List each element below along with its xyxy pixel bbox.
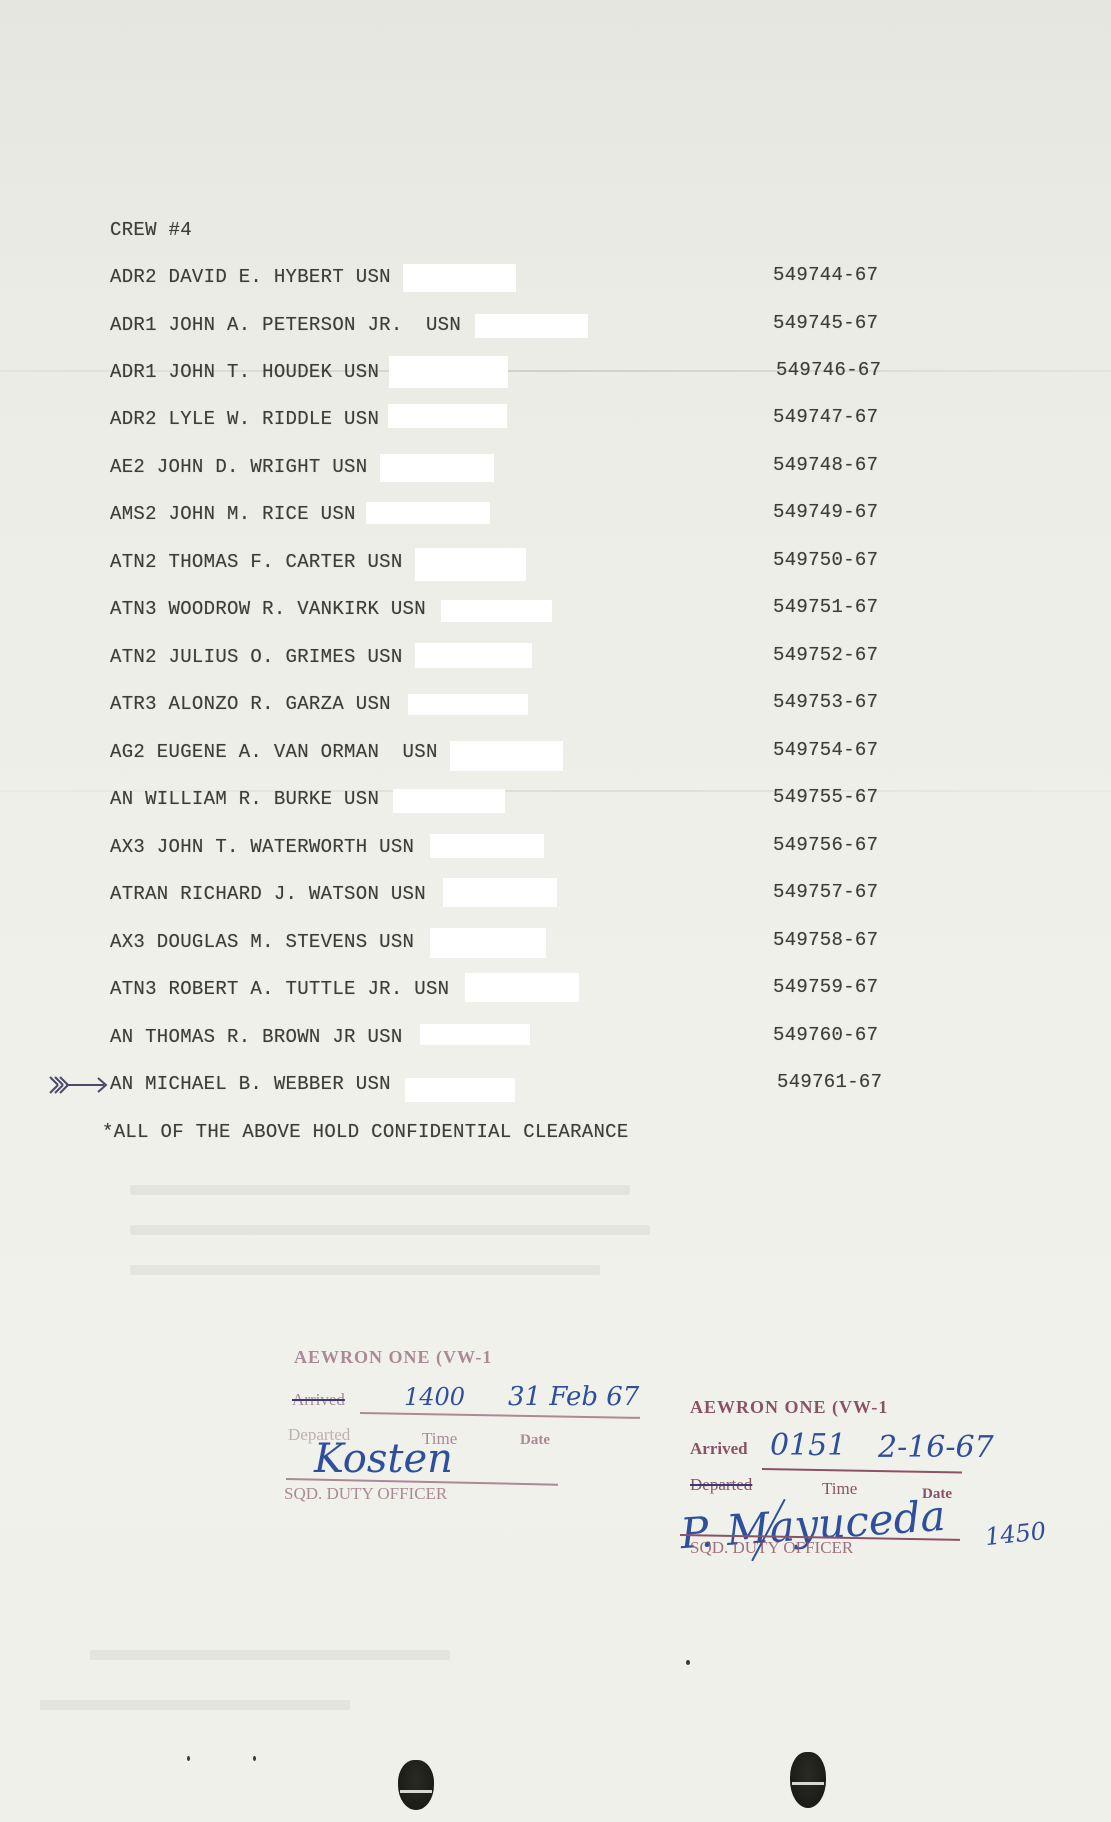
arrow-pointer-icon bbox=[48, 1074, 112, 1096]
signature-annotation: 1450 bbox=[984, 1517, 1048, 1551]
redaction-box bbox=[415, 643, 532, 668]
redaction-box bbox=[388, 404, 507, 428]
duty-officer-signature: Kosten bbox=[314, 1436, 453, 1482]
stamp-arrived-label: Arrived bbox=[292, 1390, 345, 1410]
crew-member-name: ADR2 LYLE W. RIDDLE USN bbox=[110, 408, 379, 430]
crew-member-name: ATR3 ALONZO R. GARZA USN bbox=[110, 693, 391, 715]
crew-member-name: AG2 EUGENE A. VAN ORMAN USN bbox=[110, 741, 438, 763]
service-number: 549760-67 bbox=[773, 1024, 878, 1046]
punch-hole bbox=[398, 1760, 434, 1810]
service-number: 549745-67 bbox=[773, 312, 878, 334]
crew-member-name: ADR1 JOHN A. PETERSON JR. USN bbox=[110, 314, 461, 336]
handwritten-date: 2-16-67 bbox=[878, 1430, 994, 1465]
crew-title: CREW #4 bbox=[110, 219, 192, 241]
crew-member-name: AN THOMAS R. BROWN JR USN bbox=[110, 1026, 403, 1048]
crew-member-name: ADR2 DAVID E. HYBERT USN bbox=[110, 266, 391, 288]
crew-member-name: ATN2 THOMAS F. CARTER USN bbox=[110, 551, 403, 573]
stamp-unit-title: AEWRON ONE (VW-1 bbox=[294, 1347, 492, 1368]
crew-member-name: AMS2 JOHN M. RICE USN bbox=[110, 503, 356, 525]
service-number: 549750-67 bbox=[773, 549, 878, 571]
service-number: 549755-67 bbox=[773, 786, 878, 808]
stamp-time-rule bbox=[762, 1468, 962, 1473]
crew-member-name: AN WILLIAM R. BURKE USN bbox=[110, 788, 379, 810]
service-number: 549761-67 bbox=[777, 1071, 882, 1093]
punch-hole bbox=[790, 1752, 826, 1808]
paper-speck bbox=[187, 1756, 190, 1761]
stamp-unit-title: AEWRON ONE (VW-1 bbox=[690, 1397, 888, 1418]
service-number: 549753-67 bbox=[773, 691, 878, 713]
bleed-through-text bbox=[130, 1185, 630, 1195]
service-number: 549748-67 bbox=[773, 454, 878, 476]
redaction-box bbox=[403, 264, 516, 292]
service-number: 549756-67 bbox=[773, 834, 878, 856]
crew-member-name: ATN3 WOODROW R. VANKIRK USN bbox=[110, 598, 426, 620]
service-number: 549752-67 bbox=[773, 644, 878, 666]
redaction-box bbox=[430, 928, 546, 958]
redaction-box bbox=[366, 502, 490, 524]
service-number: 549749-67 bbox=[773, 501, 878, 523]
service-number: 549751-67 bbox=[773, 596, 878, 618]
crew-member-name: AX3 DOUGLAS M. STEVENS USN bbox=[110, 931, 414, 953]
stamp-officer-label: SQD. DUTY OFFICER bbox=[284, 1484, 447, 1504]
service-number: 549744-67 bbox=[773, 264, 878, 286]
stamp-arrived-label: Arrived bbox=[690, 1439, 748, 1459]
service-number: 549746-67 bbox=[776, 359, 881, 381]
crew-member-name: AX3 JOHN T. WATERWORTH USN bbox=[110, 836, 414, 858]
bleed-through-text bbox=[90, 1650, 450, 1660]
crew-member-name: ADR1 JOHN T. HOUDEK USN bbox=[110, 361, 379, 383]
service-number: 549747-67 bbox=[773, 406, 878, 428]
bleed-through-text bbox=[130, 1265, 600, 1275]
redaction-box bbox=[405, 1078, 515, 1102]
redaction-box bbox=[441, 600, 552, 622]
bleed-through-text bbox=[40, 1700, 350, 1710]
service-number: 549757-67 bbox=[773, 881, 878, 903]
bleed-through-text bbox=[130, 1225, 650, 1235]
handwritten-time: 0151 bbox=[770, 1428, 846, 1463]
paper-speck bbox=[686, 1660, 690, 1665]
paper-speck bbox=[253, 1756, 256, 1761]
crew-member-name: ATRAN RICHARD J. WATSON USN bbox=[110, 883, 426, 905]
redaction-box bbox=[475, 314, 588, 338]
handwritten-time: 1400 bbox=[404, 1383, 465, 1411]
redaction-box bbox=[389, 356, 508, 388]
handwritten-date: 31 Feb 67 bbox=[508, 1382, 639, 1412]
redaction-box bbox=[408, 694, 528, 715]
crew-member-name: AN MICHAEL B. WEBBER USN bbox=[110, 1073, 391, 1095]
crew-member-name: ATN2 JULIUS O. GRIMES USN bbox=[110, 646, 403, 668]
redaction-box bbox=[443, 878, 557, 907]
stamp-time-rule bbox=[360, 1412, 640, 1419]
crew-member-name: ATN3 ROBERT A. TUTTLE JR. USN bbox=[110, 978, 449, 1000]
redaction-box bbox=[380, 454, 494, 482]
crew-member-name: AE2 JOHN D. WRIGHT USN bbox=[110, 456, 367, 478]
service-number: 549754-67 bbox=[773, 739, 878, 761]
redaction-box bbox=[465, 973, 579, 1002]
redaction-box bbox=[415, 548, 526, 581]
redaction-box bbox=[420, 1024, 530, 1045]
stamp-officer-label: SQD. DUTY OFFICER bbox=[690, 1538, 853, 1558]
service-number: 549758-67 bbox=[773, 929, 878, 951]
stamp-date-label: Date bbox=[520, 1432, 550, 1449]
redaction-box bbox=[430, 834, 544, 858]
redaction-box bbox=[450, 741, 563, 771]
service-number: 549759-67 bbox=[773, 976, 878, 998]
stamp-departed-label: Departed bbox=[690, 1475, 752, 1495]
redaction-box bbox=[393, 789, 505, 813]
clearance-note: *ALL OF THE ABOVE HOLD CONFIDENTIAL CLEA… bbox=[102, 1121, 629, 1143]
stamp-time-label: Time bbox=[822, 1479, 857, 1499]
